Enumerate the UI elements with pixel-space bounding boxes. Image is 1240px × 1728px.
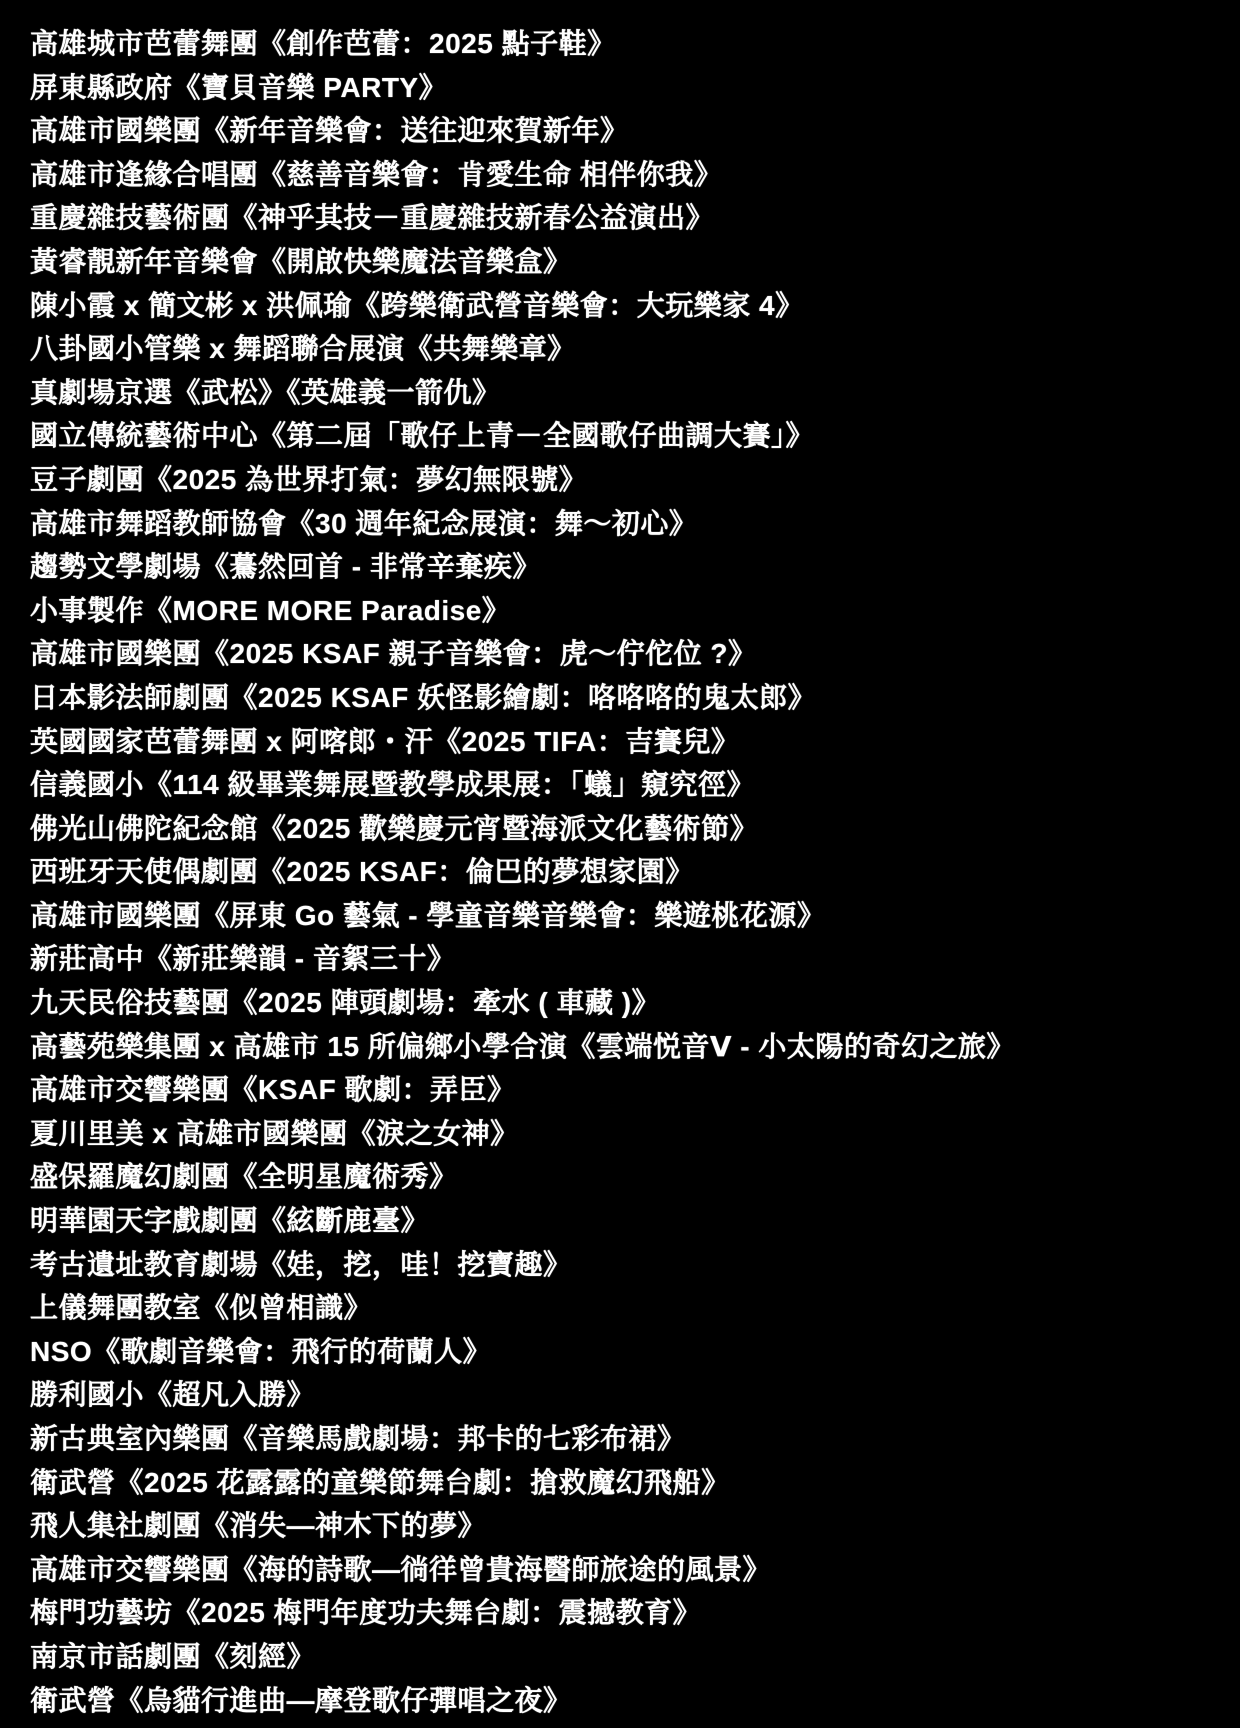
list-item: 高雄市逢緣合唱團《慈善音樂會：肯愛生命 相伴你我》 [30, 153, 1240, 197]
list-item: 高雄市國樂團《新年音樂會：送往迎來賀新年》 [30, 109, 1240, 153]
list-item: 高藝苑樂集團 x 高雄市 15 所偏鄉小學合演《雲端悦音Ⅴ - 小太陽的奇幻之旅… [30, 1025, 1240, 1069]
list-item: 豆子劇團《2025 為世界打氣：夢幻無限號》 [30, 458, 1240, 502]
list-item: 勝利國小《超凡入勝》 [30, 1373, 1240, 1417]
list-item: 九天民俗技藝團《2025 陣頭劇場：牽水 ( 車藏 )》 [30, 981, 1240, 1025]
list-item: 飛人集社劇團《消失—神木下的夢》 [30, 1504, 1240, 1548]
list-item: NSO《歌劇音樂會：飛行的荷蘭人》 [30, 1330, 1240, 1374]
list-item: 日本影法師劇團《2025 KSAF 妖怪影繪劇：咯咯咯的鬼太郎》 [30, 676, 1240, 720]
list-item: 新古典室內樂團《音樂馬戲劇場：邦卡的七彩布裙》 [30, 1417, 1240, 1461]
list-item: 新莊高中《新莊樂韻 - 音絮三十》 [30, 937, 1240, 981]
list-item: 高雄市國樂團《屏東 Go 藝氣 - 學童音樂音樂會：樂遊桃花源》 [30, 894, 1240, 938]
list-item: 衛武營《烏貓行進曲—摩登歌仔彈唱之夜》 [30, 1679, 1240, 1723]
list-item: 梅門功藝坊《2025 梅門年度功夫舞台劇：震撼教育》 [30, 1591, 1240, 1635]
list-item: 上儀舞團教室《似曾相識》 [30, 1286, 1240, 1330]
list-item: 黃睿靚新年音樂會《開啟快樂魔法音樂盒》 [30, 240, 1240, 284]
list-item: 高雄市交響樂團《海的詩歌—徜徉曾貴海醫師旅途的風景》 [30, 1548, 1240, 1592]
list-item: 小事製作《MORE MORE Paradise》 [30, 589, 1240, 633]
list-item: 考古遺址教育劇場《娃，挖，哇！挖寶趣》 [30, 1243, 1240, 1287]
list-item: 明華園天字戲劇團《絃斷鹿臺》 [30, 1199, 1240, 1243]
list-item: 高雄市國樂團《2025 KSAF 親子音樂會：虎～佇佗位 ?》 [30, 632, 1240, 676]
list-item: 趨勢文學劇場《驀然回首 - 非常辛棄疾》 [30, 545, 1240, 589]
list-item: 高雄市舞蹈教師協會《30 週年紀念展演：舞～初心》 [30, 502, 1240, 546]
list-item: 屏東縣政府《寶貝音樂 PARTY》 [30, 66, 1240, 110]
list-item: 高雄城市芭蕾舞團《創作芭蕾：2025 點子鞋》 [30, 22, 1240, 66]
list-item: 西班牙天使偶劇團《2025 KSAF：倫巴的夢想家園》 [30, 850, 1240, 894]
list-item: 衛武營《2025 花露露的童樂節舞台劇：搶救魔幻飛船》 [30, 1461, 1240, 1505]
list-item: 高雄市交響樂團《KSAF 歌劇：弄臣》 [30, 1068, 1240, 1112]
list-item: 佛光山佛陀紀念館《2025 歡樂慶元宵暨海派文化藝術節》 [30, 807, 1240, 851]
list-item: 八卦國小管樂 x 舞蹈聯合展演《共舞樂章》 [30, 327, 1240, 371]
list-item: 英國國家芭蕾舞團 x 阿喀郎・汗《2025 TIFA：吉賽兒》 [30, 720, 1240, 764]
list-item: 夏川里美 x 高雄市國樂團《淚之女神》 [30, 1112, 1240, 1156]
list-item: 南京市話劇團《刻經》 [30, 1635, 1240, 1679]
list-item: 陳小霞 x 簡文彬 x 洪佩瑜《跨樂衛武營音樂會：大玩樂家 4》 [30, 284, 1240, 328]
list-item: 盛保羅魔幻劇團《全明星魔術秀》 [30, 1155, 1240, 1199]
list-item: 信義國小《114 級畢業舞展暨教學成果展：「蟻」窺究徑》 [30, 763, 1240, 807]
list-item: 重慶雜技藝術團《神乎其技－重慶雜技新春公益演出》 [30, 196, 1240, 240]
list-item: 真劇場京選《武松》《英雄義一箭仇》 [30, 371, 1240, 415]
event-list: 高雄城市芭蕾舞團《創作芭蕾：2025 點子鞋》屏東縣政府《寶貝音樂 PARTY》… [0, 0, 1240, 1722]
list-item: 國立傳統藝術中心《第二屆「歌仔上青－全國歌仔曲調大賽」》 [30, 414, 1240, 458]
